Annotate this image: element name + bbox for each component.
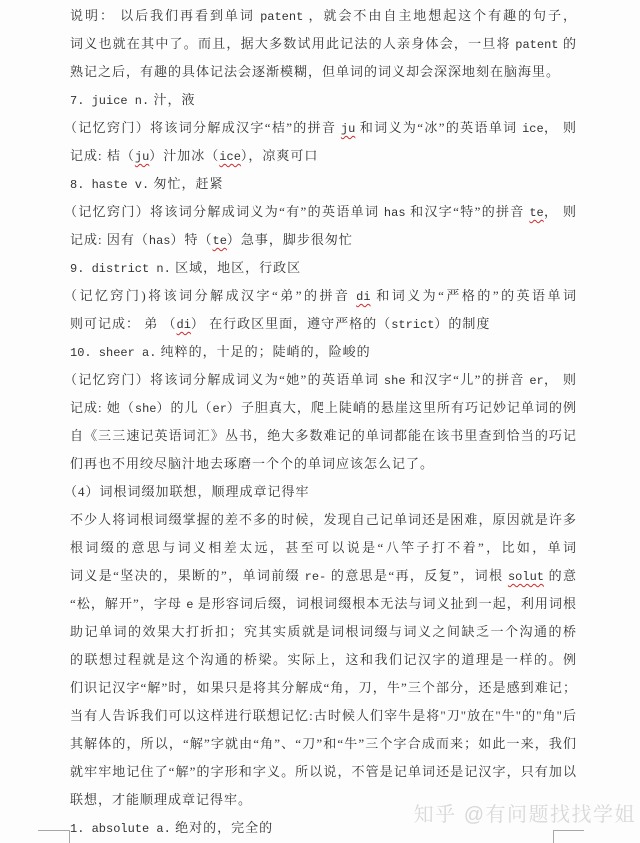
text-line: 词义也就在其中了。而且，据大多数试用此记法的人亲身体会，一旦将 patent 的… (70, 30, 577, 58)
cjk-text: （记忆窍门）将该词分解成词义为“有”的英语单词 (64, 204, 384, 219)
text-line: （记忆窍门）将该词分解成词义为“她”的英语单词 she 和汉字“儿”的拼音 er… (64, 366, 577, 394)
cjk-text: 记成: 桔（ (70, 148, 135, 163)
latin-word: she (135, 402, 157, 416)
cjk-text: 汁，液 (149, 92, 195, 107)
misspelled-word: di (177, 318, 191, 332)
text-line: 7. juice n. 汁，液 (70, 86, 577, 114)
cjk-text: 词义也就在其中了。而且，据大多数试用此记法的人亲身体会，一旦将 (70, 36, 515, 51)
margin-corner-mark-right (553, 830, 584, 843)
text-line: 根词缀的意思与词义相差太远，甚至可以说是“八竿子打不着”，比如，单词 resol… (70, 534, 577, 562)
document-text: 说明： 以后我们再看到单词 patent ，就会不由自主地想起这个有趣的句子， … (70, 2, 577, 842)
text-line: （记忆窍门)将该词分解成汉字“弟”的拼音 di 和词义为“严格的”的英语单词 s… (64, 282, 577, 310)
cjk-text: 和汉字“儿”的拼音 (406, 372, 530, 387)
cjk-text: 们再也不用绞尽脑汁地去琢磨一个个的单词应该怎么记了。 (70, 456, 434, 471)
text-line: 自《三三速记英语词汇》丛书，绝大多数难记的单词都能在该书里查到恰当的巧记方法，人 (70, 422, 577, 450)
text-line: 熟记之后，有趣的具体记法会逐渐模糊，但单词的词义却会深深地刻在脑海里。 (70, 58, 577, 86)
cjk-text: ）急事，脚步很匆忙 (227, 232, 353, 247)
latin-word: er (213, 402, 227, 416)
cjk-text: 绝对的，完全的 (171, 820, 273, 835)
latin-word: er (529, 374, 543, 388)
cjk-text: 就牢牢地记住了“解”的字形和字义。所以说，不管是记单词还是记汉字，只有加以合理的 (70, 764, 577, 786)
cjk-text: 纯粹的，十足的；陡峭的，险峻的 (156, 344, 370, 359)
document-page: 说明： 以后我们再看到单词 patent ，就会不由自主地想起这个有趣的句子， … (0, 0, 640, 843)
text-line: “松，解开”，字母 e 是形容词后缀，词根词缀根本无法与词义扯到一起，利用词根词… (70, 590, 577, 618)
cjk-text: ），凉爽可口 (241, 148, 319, 163)
cjk-text: 区域，地区，行政区 (171, 260, 301, 275)
latin-word: she (384, 374, 406, 388)
cjk-text: 和汉字“特”的拼音 (406, 204, 530, 219)
cjk-text: 和词义为“严格的”的英语单词 (371, 288, 577, 303)
misspelled-word: ju (135, 150, 149, 164)
text-line: 说明： 以后我们再看到单词 patent ，就会不由自主地想起这个有趣的句子， … (70, 2, 577, 30)
cjk-text: 记成: 她（ (70, 400, 135, 415)
cjk-text: （4）词根词缀加联想，顺理成章记得牢 (64, 484, 310, 499)
text-line: 们识记汉字“解”时，如果只是将其分解成“角，刀，牛”三个部分，还是感到难记；但是… (70, 674, 577, 702)
cjk-text: 词义是“坚决的，果断的”，单词前缀 (70, 568, 305, 583)
text-line: 10. sheer a. 纯粹的，十足的；陡峭的，险峻的 (70, 338, 577, 366)
latin-word: ice (522, 122, 544, 136)
misspelled-word: te (213, 234, 227, 248)
cjk-text: ）的制度 (434, 316, 490, 331)
text-line: 当有人告诉我们可以这样进行联想记忆:古时候人们宰牛是将"刀"放在"牛"的"角"后… (70, 702, 577, 730)
cjk-text: 和词义为“冰”的英语单词 (355, 120, 522, 135)
cjk-text: ）的儿（ (156, 400, 212, 415)
cjk-text: 则可记成： 弟 （ (70, 316, 177, 331)
cjk-text: 记成: 因有（ (70, 232, 149, 247)
text-line: 记成: 她（she）的儿（er）子胆真大，爬上陡峭的悬崖这里所有巧记妙记单词的例… (70, 394, 577, 422)
cjk-text: ）特（ (170, 232, 212, 247)
cjk-text: 助记单词的效果大打折扣；究其实质就是词根词缀与词义之间缺乏一个沟通的桥梁，而恰当 (70, 624, 577, 646)
cjk-text: 熟记之后，有趣的具体记法会逐渐模糊，但单词的词义却会深深地刻在脑海里。 (70, 64, 560, 79)
cjk-text: ，就会不由自主地想起这个有趣的句子， (303, 8, 577, 23)
latin-word: patent (260, 10, 303, 24)
text-line: 不少人将词根词缀掌握的差不多的时候，发现自己记单词还是困难，原因就是许多单词的词 (70, 506, 577, 534)
text-line: 助记单词的效果大打折扣；究其实质就是词根词缀与词义之间缺乏一个沟通的桥梁，而恰当 (70, 618, 577, 646)
latin-word: 10. sheer a. (70, 346, 156, 360)
text-line: 就牢牢地记住了“解”的字形和字义。所以说，不管是记单词还是记汉字，只有加以合理的 (70, 758, 577, 786)
text-line: 词义是“坚决的，果断的”，单词前缀 re- 的意思是“再，反复”，词根 solu… (70, 562, 577, 590)
latin-word: re- (305, 570, 327, 584)
text-line: 其解体的，所以，“解”字就由“角”、“刀”和“牛”三个字合成而来；如此一来，我们 (70, 730, 577, 758)
watermark: 知乎 @有问题找找学姐 (414, 798, 636, 827)
text-line: （记忆窍门）将该词分解成词义为“有”的英语单词 has 和汉字“特”的拼音 te… (64, 198, 577, 226)
cjk-text: （记忆窍门)将该词分解成汉字“弟”的拼音 (64, 288, 356, 303)
cjk-text: ）汁加冰（ (149, 148, 219, 163)
latin-word: 8. haste v. (70, 178, 149, 192)
latin-word: 7. juice n. (70, 94, 149, 108)
misspelled-word: ice (219, 150, 241, 164)
cjk-text: 自《三三速记英语词汇》丛书，绝大多数难记的单词都能在该书里查到恰当的巧记方法，人 (70, 428, 577, 450)
misspelled-word: di (356, 290, 370, 304)
latin-word: has (384, 206, 406, 220)
cjk-text: 其解体的，所以，“解”字就由“角”、“刀”和“牛”三个字合成而来；如此一来，我们 (70, 736, 577, 751)
cjk-text: 的意思是“再，反复”，词根 (326, 568, 508, 583)
latin-word: has (149, 234, 171, 248)
cjk-text: （记忆窍门）将该词分解成汉字“桔”的拼音 (64, 120, 341, 135)
text-line: 9. district n. 区域，地区，行政区 (70, 254, 577, 282)
text-line: 记成: 桔（ju）汁加冰（ice），凉爽可口 (70, 142, 577, 170)
latin-word: 1. absolute a. (70, 822, 171, 836)
text-line: 的联想过程就是这个沟通的桥梁。实际上，这和我们记汉字的道理是一样的。例如，当初我 (70, 646, 577, 674)
cjk-text: 们识记汉字“解”时，如果只是将其分解成“角，刀，牛”三个部分，还是感到难记；但是… (70, 680, 577, 702)
text-line: 们再也不用绞尽脑汁地去琢磨一个个的单词应该怎么记了。 (70, 450, 577, 478)
latin-word: 9. district n. (70, 262, 171, 276)
cjk-text: 不少人将词根词缀掌握的差不多的时候，发现自己记单词还是困难，原因就是许多单词的词 (70, 512, 577, 534)
misspelled-word: solut (508, 570, 544, 584)
text-line: 记成: 因有（has）特（te）急事，脚步很匆忙 (70, 226, 577, 254)
text-line: 8. haste v. 匆忙，赶紧 (70, 170, 577, 198)
cjk-text: ） 在行政区里面，遵守严格的（ (191, 316, 391, 331)
cjk-text: 联想，才能顺理成章记得牢。 (70, 792, 252, 807)
margin-corner-mark-left (38, 830, 70, 843)
cjk-text: 根词缀的意思与词义相差太远，甚至可以说是“八竿子打不着”，比如，单词 (70, 540, 577, 555)
text-line: （4）词根词缀加联想，顺理成章记得牢 (64, 478, 577, 506)
cjk-text: 说明： 以后我们再看到单词 (70, 8, 260, 23)
text-line: （记忆窍门）将该词分解成汉字“桔”的拼音 ju 和词义为“冰”的英语单词 ice… (64, 114, 577, 142)
cjk-text: 的联想过程就是这个沟通的桥梁。实际上，这和我们记汉字的道理是一样的。例如，当初我 (70, 652, 577, 674)
text-line: 则可记成： 弟 （di） 在行政区里面，遵守严格的（strict）的制度 (70, 310, 577, 338)
cjk-text: 当有人告诉我们可以这样进行联想记忆:古时候人们宰牛是将"刀"放在"牛"的"角"后… (70, 708, 577, 730)
misspelled-word: te (529, 206, 543, 220)
latin-word: patent (515, 38, 558, 52)
latin-word: strict (391, 318, 434, 332)
misspelled-word: ju (341, 122, 355, 136)
cjk-text: “松，解开”，字母 (70, 596, 186, 611)
cjk-text: （记忆窍门）将该词分解成词义为“她”的英语单词 (64, 372, 384, 387)
cjk-text: 匆忙，赶紧 (149, 176, 223, 191)
